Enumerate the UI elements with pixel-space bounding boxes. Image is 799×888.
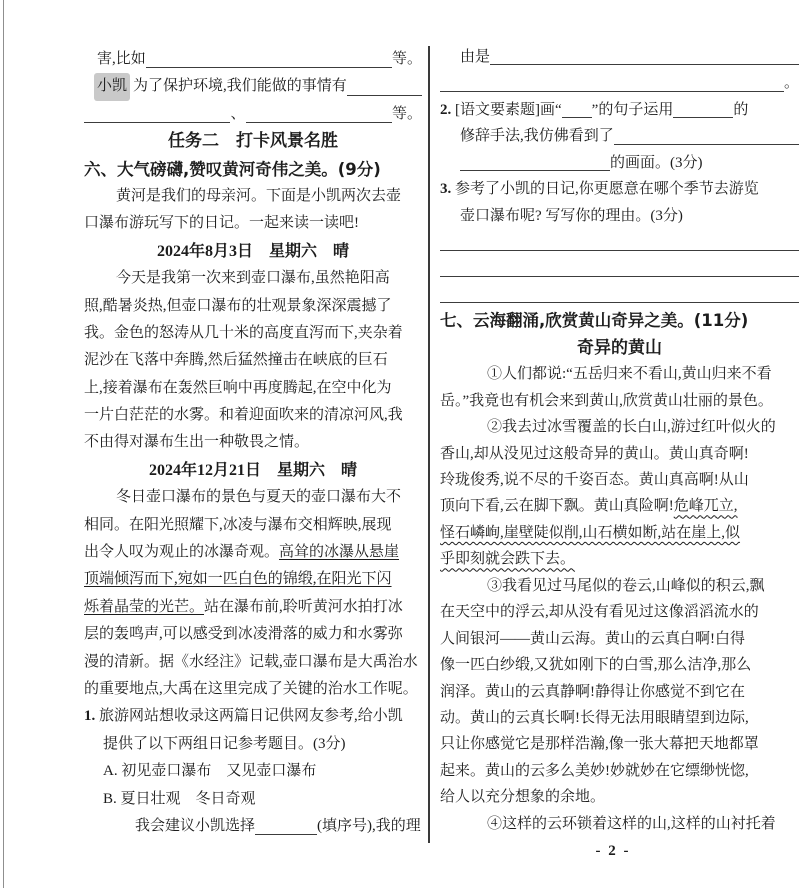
text-segment: 漫的清新。据《水经注》记载,壶口瀑布是大禹治水	[84, 649, 418, 676]
text-segment: B. 夏日壮观 冬日奇观	[103, 786, 256, 813]
text-segment: 参考了小凯的日记,你更愿意在哪个季节去游览	[451, 176, 759, 202]
text-line: 岳。”我竟也有机会来到黄山,欣赏黄山壮丽的景色。	[440, 388, 799, 414]
text-segment: 一片白茫茫的水雾。和着迎面吹来的清凉河风,我	[84, 402, 403, 429]
text-segment: 七、云海翻涌,欣赏黄山奇异之美。(11分)	[440, 308, 748, 334]
text-segment: 的画面。(3分)	[610, 150, 703, 176]
text-segment: ④这样的云环锁着这样的山,这样的山衬托着	[487, 811, 776, 837]
heading-line: 2024年8月3日 星期六 晴	[84, 238, 422, 265]
text-line: 像一匹白纱缎,又犹如刚下的白雪,那么洁净,那么	[440, 652, 799, 678]
text-line: 给人以充分想象的余地。	[440, 784, 799, 810]
text-line: 照,酷暑炎热,但壶口瀑布的壮观景象深深震撼了	[84, 293, 422, 320]
text-segment: 给人以充分想象的余地。	[440, 784, 605, 810]
answer-blank	[614, 143, 799, 145]
wavy-underlined-text: 怪石嶙峋,崖壁陡似削,山石横如断,站在崖上,似	[440, 520, 740, 546]
text-segment: 为了保护环境,我们能做的事情有	[133, 73, 347, 100]
text-segment: 只让你感觉它是那样浩瀚,像一张大幕把天地都罩	[440, 731, 759, 757]
text-segment: 顶向下看,云在脚下飘。黄山真险啊!	[440, 493, 674, 519]
text-segment: 泥沙在飞落中奔腾,然后猛然撞击在峡底的巨石	[84, 347, 388, 374]
text-segment: 。	[784, 70, 799, 96]
text-segment: 等。	[392, 101, 422, 128]
answer-line	[440, 282, 799, 308]
text-line: ②我去过冰雪覆盖的长白山,游过红叶似火的	[440, 414, 799, 440]
text-line: 出令人叹为观止的冰瀑奇观。高耸的冰瀑从悬崖	[84, 539, 422, 566]
text-segment: (填序号),我的理	[317, 813, 421, 840]
worksheet-page: { "page": { "number": "- 2 -" }, "colors…	[0, 0, 799, 888]
text-line: 怪石嶙峋,崖壁陡似削,山石横如断,站在崖上,似	[440, 520, 799, 546]
answer-blank	[440, 90, 784, 92]
text-line: 乎即刻就会跌下去。	[440, 546, 799, 572]
answer-blank	[490, 63, 799, 65]
text-line: 动。黄山的云真长啊!长得无法用眼睛望到边际,	[440, 705, 799, 731]
left-column: 害,比如等。小凯为了保护环境,我们能做的事情有、等。任务二 打卡风景名胜六、大气…	[84, 46, 422, 840]
text-segment: 的	[733, 97, 748, 123]
text-line: 黄河是我们的母亲河。下面是小凯两次去壶	[84, 183, 422, 210]
page-number: - 2 -	[578, 843, 648, 860]
text-line: 只让你感觉它是那样浩瀚,像一张大幕把天地都罩	[440, 731, 799, 757]
text-segment: [语文要素题]画“	[451, 97, 561, 123]
text-line: 我。金色的怒涛从几十米的高度直泻而下,夹杂着	[84, 320, 422, 347]
underlined-text: 高耸的冰瀑从悬崖	[279, 539, 399, 566]
text-segment: 相同。在阳光照耀下,冰凌与瀑布交相辉映,展现	[84, 512, 392, 539]
text-segment: 像一匹白纱缎,又犹如刚下的白雪,那么洁净,那么	[440, 652, 751, 678]
text-segment: 在天空中的浮云,却从没有看见过这像滔滔流水的	[440, 599, 759, 625]
underlined-text: 烁着晶莹的光芒。	[84, 594, 204, 621]
text-segment: 出令人叹为观止的冰瀑奇观。	[84, 539, 279, 566]
text-segment: 黄河是我们的母亲河。下面是小凯两次去壶	[116, 183, 401, 210]
text-segment: 提供了以下两组日记参考题目。(3分)	[103, 731, 346, 758]
answer-blank	[440, 275, 799, 277]
text-line: 层的轰鸣声,可以感受到冰凌滑落的威力和水雾弥	[84, 621, 422, 648]
text-segment: A. 初见壶口瀑布 又见壶口瀑布	[103, 758, 316, 785]
text-segment: 香山,却从没见过这般奇异的黄山。黄山真奇啊!	[440, 441, 749, 467]
answer-blank	[255, 833, 317, 835]
answer-line	[440, 229, 799, 255]
question-number: 2.	[440, 97, 451, 123]
text-segment: 玲珑俊秀,说不尽的千姿百态。黄山真高啊!从山	[440, 467, 749, 493]
answer-blank	[146, 66, 392, 68]
text-segment: 任务二 打卡风景名胜	[168, 128, 338, 155]
text-segment: 岳。”我竟也有机会来到黄山,欣赏黄山壮丽的景色。	[440, 388, 773, 414]
text-line: 提供了以下两组日记参考题目。(3分)	[84, 731, 422, 758]
text-line: 顶向下看,云在脚下飘。黄山真险啊!危峰兀立,	[440, 493, 799, 519]
underlined-text: 顶端倾泻而下,宛如一匹白色的锦缎,在阳光下闪	[84, 566, 392, 593]
text-line: 我会建议小凯选择(填序号),我的理	[84, 813, 422, 840]
text-segment: 口瀑布游玩写下的日记。一起来读一读吧!	[84, 210, 359, 237]
text-line: 泥沙在飞落中奔腾,然后猛然撞击在峡底的巨石	[84, 347, 422, 374]
text-segment: 上,接着瀑布在轰然巨响中再度腾起,在空中化为	[84, 375, 392, 402]
text-segment: 修辞手法,我仿佛看到了	[460, 123, 614, 149]
text-segment: 六、大气磅礴,赞叹黄河奇伟之美。(9分)	[84, 156, 381, 183]
wavy-underlined-text: 乎即刻就会跌下去。	[440, 546, 575, 572]
text-line: 修辞手法,我仿佛看到了	[440, 123, 799, 149]
text-segment: 冬日壶口瀑布的景色与夏天的壶口瀑布大不	[116, 484, 401, 511]
right-column: 由是。2. [语文要素题]画“”的句子运用的修辞手法,我仿佛看到了的画面。(3分…	[440, 44, 799, 837]
text-segment: 奇异的黄山	[577, 335, 662, 361]
text-segment: 人间银河——黄山云海。黄山的云真白啊!白得	[440, 626, 745, 652]
text-line: 小凯为了保护环境,我们能做的事情有	[84, 73, 422, 100]
answer-blank	[460, 169, 610, 171]
text-segment: 2024年12月21日 星期六 晴	[149, 457, 357, 484]
text-segment: 2024年8月3日 星期六 晴	[157, 238, 349, 265]
text-segment: ③我看见过马尾似的卷云,山峰似的积云,飘	[487, 573, 765, 599]
text-line: 烁着晶莹的光芒。站在瀑布前,聆听黄河水拍打冰	[84, 594, 422, 621]
text-line: 、等。	[84, 101, 422, 128]
answer-blank	[84, 121, 230, 123]
text-segment: 由是	[460, 44, 490, 70]
text-line: 1. 旅游网站想收录这两篇日记供网友参考,给小凯	[84, 703, 422, 730]
text-segment: 照,酷暑炎热,但壶口瀑布的壮观景象深深震撼了	[84, 293, 392, 320]
question-number: 1.	[84, 703, 95, 730]
text-segment: 旅游网站想收录这两篇日记供网友参考,给小凯	[95, 703, 403, 730]
text-segment: 动。黄山的云真长啊!长得无法用眼睛望到边际,	[440, 705, 749, 731]
text-line: 香山,却从没见过这般奇异的黄山。黄山真奇啊!	[440, 441, 799, 467]
text-line: ③我看见过马尾似的卷云,山峰似的积云,飘	[440, 573, 799, 599]
text-segment: 层的轰鸣声,可以感受到冰凌滑落的威力和水雾弥	[84, 621, 403, 648]
text-line: 3. 参考了小凯的日记,你更愿意在哪个季节去游览	[440, 176, 799, 202]
text-segment: 、	[230, 101, 245, 128]
text-line: 在天空中的浮云,却从没有看见过这像滔滔流水的	[440, 599, 799, 625]
text-segment: 今天是我第一次来到壶口瀑布,虽然艳阳高	[116, 265, 390, 292]
text-segment: ②我去过冰雪覆盖的长白山,游过红叶似火的	[487, 414, 776, 440]
heading-line: 任务二 打卡风景名胜	[84, 128, 422, 155]
text-line: 的重要地点,大禹在这里完成了关键的治水工作呢。	[84, 676, 422, 703]
text-line: 冬日壶口瀑布的景色与夏天的壶口瀑布大不	[84, 484, 422, 511]
text-line: ④这样的云环锁着这样的山,这样的山衬托着	[440, 811, 799, 837]
answer-blank	[440, 249, 799, 251]
text-segment: 我会建议小凯选择	[135, 813, 255, 840]
text-line: 口瀑布游玩写下的日记。一起来读一读吧!	[84, 210, 422, 237]
text-segment: 站在瀑布前,聆听黄河水拍打冰	[204, 594, 403, 621]
text-segment: 起来。黄山的云多么美妙!妙就妙在它缥缈恍惚,	[440, 758, 749, 784]
text-line: ①人们都说:“五岳归来不看山,黄山归来不看	[440, 361, 799, 387]
text-line: B. 夏日壮观 冬日奇观	[84, 786, 422, 813]
text-line: 相同。在阳光照耀下,冰凌与瀑布交相辉映,展现	[84, 512, 422, 539]
text-line: 。	[440, 70, 799, 96]
text-line: 的画面。(3分)	[440, 150, 799, 176]
answer-blank	[440, 301, 799, 303]
section-heading: 七、云海翻涌,欣赏黄山奇异之美。(11分)	[440, 308, 799, 334]
text-segment: 的重要地点,大禹在这里完成了关键的治水工作呢。	[84, 676, 418, 703]
text-line: 润泽。黄山的云真静啊!静得让你感觉不到它在	[440, 679, 799, 705]
text-line: 起来。黄山的云多么美妙!妙就妙在它缥缈恍惚,	[440, 758, 799, 784]
text-line: 今天是我第一次来到壶口瀑布,虽然艳阳高	[84, 265, 422, 292]
text-line: 玲珑俊秀,说不尽的千姿百态。黄山真高啊!从山	[440, 467, 799, 493]
answer-line	[440, 256, 799, 282]
text-segment: ①人们都说:“五岳归来不看山,黄山归来不看	[487, 361, 772, 387]
text-line: 顶端倾泻而下,宛如一匹白色的锦缎,在阳光下闪	[84, 566, 422, 593]
text-line: 由是	[440, 44, 799, 70]
answer-blank	[347, 94, 422, 96]
text-segment: 等。	[392, 46, 422, 73]
text-segment: 润泽。黄山的云真静啊!静得让你感觉不到它在	[440, 679, 745, 705]
text-line: 人间银河——黄山云海。黄山的云真白啊!白得	[440, 626, 799, 652]
page-edge-line	[3, 0, 4, 888]
text-line: 不由得对瀑布生出一种敬畏之情。	[84, 429, 422, 456]
text-line: 上,接着瀑布在轰然巨响中再度腾起,在空中化为	[84, 375, 422, 402]
answer-blank	[562, 116, 592, 118]
text-segment: ”的句子运用	[592, 97, 674, 123]
text-segment: 壶口瀑布呢? 写写你的理由。(3分)	[460, 203, 683, 229]
answer-blank	[246, 121, 392, 123]
text-line: 2. [语文要素题]画“”的句子运用的	[440, 97, 799, 123]
text-segment: 我。金色的怒涛从几十米的高度直泻而下,夹杂着	[84, 320, 403, 347]
text-line: A. 初见壶口瀑布 又见壶口瀑布	[84, 758, 422, 785]
text-line: 壶口瀑布呢? 写写你的理由。(3分)	[440, 203, 799, 229]
answer-blank	[673, 116, 733, 118]
text-line: 害,比如等。	[84, 46, 422, 73]
text-line: 漫的清新。据《水经注》记载,壶口瀑布是大禹治水	[84, 649, 422, 676]
character-name-badge: 小凯	[94, 73, 130, 100]
heading-line: 奇异的黄山	[440, 335, 799, 361]
text-line: 一片白茫茫的水雾。和着迎面吹来的清凉河风,我	[84, 402, 422, 429]
question-number: 3.	[440, 176, 451, 202]
section-heading: 六、大气磅礴,赞叹黄河奇伟之美。(9分)	[84, 156, 422, 183]
text-segment: 不由得对瀑布生出一种敬畏之情。	[84, 429, 309, 456]
wavy-underlined-text: 危峰兀立,	[674, 493, 738, 519]
text-segment: 害,比如	[97, 46, 146, 73]
column-divider-line	[428, 46, 430, 843]
heading-line: 2024年12月21日 星期六 晴	[84, 457, 422, 484]
